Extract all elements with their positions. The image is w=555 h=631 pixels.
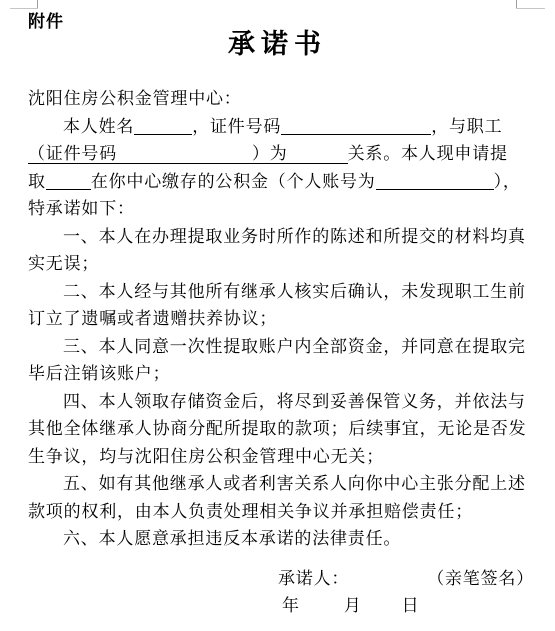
text-run: 特承诺如下： [28,199,135,218]
page-title: 承诺书 [0,22,555,61]
clause-4-line-1: 四、本人领取存储资金后，将尽到妥善保管义务，并依法与 [28,388,533,416]
text-run: 毕后注销该账户； [28,364,170,383]
text-run: 本人姓名 [63,117,134,136]
intro-line-3: 取在你中心缴存的公积金（个人账号为）， [28,168,533,196]
signature-line: 承诺人：（亲笔签名） [28,565,533,593]
clause-3-line-2: 毕后注销该账户； [28,360,533,388]
text-run: 三、本人同意一次性提取账户内全部资金，并同意在提取完 [63,337,526,356]
crop-mark-top-right-vertical [516,0,517,8]
clause-3-line-1: 三、本人同意一次性提取账户内全部资金，并同意在提取完 [28,333,533,361]
text-run: 四、本人领取存储资金后，将尽到妥善保管义务，并依法与 [63,392,526,411]
text-run: 订立了遗嘱或者遗赠扶养协议； [28,309,277,328]
clause-2-line-1: 二、本人经与其他所有继承人核实后确认，未发现职工生前 [28,278,533,306]
text-run: （证件号码 [28,144,117,163]
text-run: 其他全体继承人协商分配所提取的款项；后续事宜，无论是否发 [28,419,526,438]
text-run: ）为 [252,144,288,163]
text-run: ）， [494,172,521,191]
intro-line-4: 特承诺如下： [28,195,533,223]
clause-6-line-1: 六、本人愿意承担违反本承诺的法律责任。 [28,525,533,553]
text-run: 二、本人经与其他所有继承人核实后确认，未发现职工生前 [63,282,526,301]
text-run: 六、本人愿意承担违反本承诺的法律责任。 [63,529,401,548]
spacer [288,145,348,162]
text-run: 年 [282,596,300,615]
clause-2-line-2: 订立了遗嘱或者遗赠扶养协议； [28,305,533,333]
fill-in-blank [281,117,431,135]
document-page: 附件 承诺书 沈阳住房公积金管理中心：本人姓名，证件号码，与职工（证件号码）为关… [0,0,555,631]
intro-line-2: （证件号码）为关系。本人现申请提 [28,140,533,168]
clause-5-line-1: 五、如有其他继承人或者利害关系人向你中心主张分配上述 [28,470,533,498]
text-run: 月 [344,596,362,615]
text-run: 实无误； [28,254,99,273]
text-run: 一、本人在办理提取业务时所作的陈述和所提交的材料均真 [63,227,526,246]
fill-in-blank [134,117,192,135]
clause-1-line-2: 实无误； [28,250,533,278]
fill-in-blank [376,172,494,190]
spacer [117,145,252,162]
text-run: 承诺人： [278,569,349,588]
text-run: 在你中心缴存的公积金（个人账号为 [91,172,376,191]
crop-mark-top-right-horizontal [516,8,545,9]
clause-4-line-3: 生争议，均与沈阳住房公积金管理中心无关； [28,443,533,471]
underlined-run: （证件号码）为 [28,144,348,164]
text-run: 生争议，均与沈阳住房公积金管理中心无关； [28,447,384,466]
clause-4-line-2: 其他全体继承人协商分配所提取的款项；后续事宜，无论是否发 [28,415,533,443]
intro-line-1: 本人姓名，证件号码，与职工 [28,113,533,141]
text-run: 日 [402,596,420,615]
clause-1-line-1: 一、本人在办理提取业务时所作的陈述和所提交的材料均真 [28,223,533,251]
date-line: 年月日 [28,592,533,620]
text-run: 关系。本人现申请提 [348,144,508,163]
text-run: 五、如有其他继承人或者利害关系人向你中心主张分配上述 [63,474,526,493]
document-body: 沈阳住房公积金管理中心：本人姓名，证件号码，与职工（证件号码）为关系。本人现申请… [28,85,533,620]
text-run: 沈阳住房公积金管理中心： [28,89,242,108]
salutation-line: 沈阳住房公积金管理中心： [28,85,533,113]
text-run: ，证件号码 [192,117,281,136]
fill-in-blank [46,172,91,190]
text-run: 取 [28,172,46,191]
clause-5-line-2: 款项的权利，由本人负责处理相关争议并承担赔偿责任； [28,498,533,526]
text-run: ，与职工 [431,117,502,136]
text-run: （亲笔签名） [427,569,534,588]
text-run: 款项的权利，由本人负责处理相关争议并承担赔偿责任； [28,502,473,521]
